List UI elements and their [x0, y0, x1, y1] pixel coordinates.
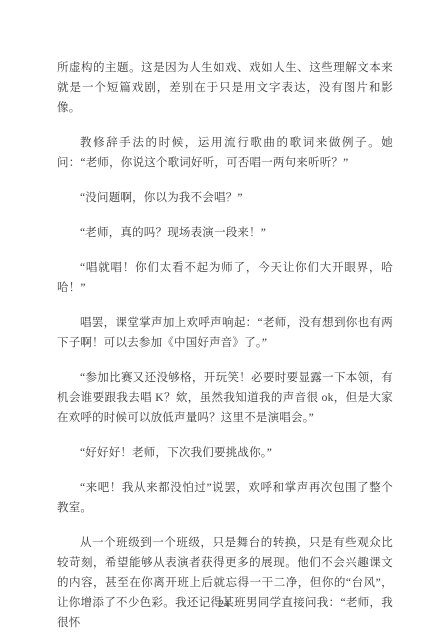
book-page: 所虚构的主题。这是因为人生如戏、戏如人生、这些理解文本来就是一个短篇戏剧，差别在…	[0, 0, 448, 640]
paragraph: “好好好！老师，下次我们要挑战你。”	[57, 443, 393, 463]
paragraph: 教修辞手法的时候，运用流行歌曲的歌词来做例子。她问：“老师，你说这个歌词好听，可…	[57, 133, 393, 173]
paragraph: “唱就唱！你们太看不起为师了，今天让你们大开眼界，哈哈！”	[57, 258, 393, 298]
page-body-text: 所虚构的主题。这是因为人生如戏、戏如人生、这些理解文本来就是一个短篇戏剧，差别在…	[57, 58, 393, 640]
paragraph: 唱罢，课堂掌声加上欢呼声响起：“老师，没有想到你也有两下子啊！可以去参加《中国好…	[57, 313, 393, 353]
paragraph: 所虚构的主题。这是因为人生如戏、戏如人生、这些理解文本来就是一个短篇戏剧，差别在…	[57, 58, 393, 118]
paragraph: “老师，真的吗？现场表演一段来！”	[57, 223, 393, 243]
paragraph: 从一个班级到一个班级，只是舞台的转换，只是有些观众比较苛刻，希望能够从表演者获得…	[57, 533, 393, 633]
paragraph: “参加比赛又还没够格，开玩笑！必要时要显露一下本领，有机会谁要跟我去唱 K？欸，…	[57, 368, 393, 428]
page-number: 24	[0, 596, 448, 612]
paragraph: “来吧！我从来都没怕过”说罢，欢呼和掌声再次包围了整个教室。	[57, 478, 393, 518]
paragraph: “没问题啊，你以为我不会唱？”	[57, 188, 393, 208]
